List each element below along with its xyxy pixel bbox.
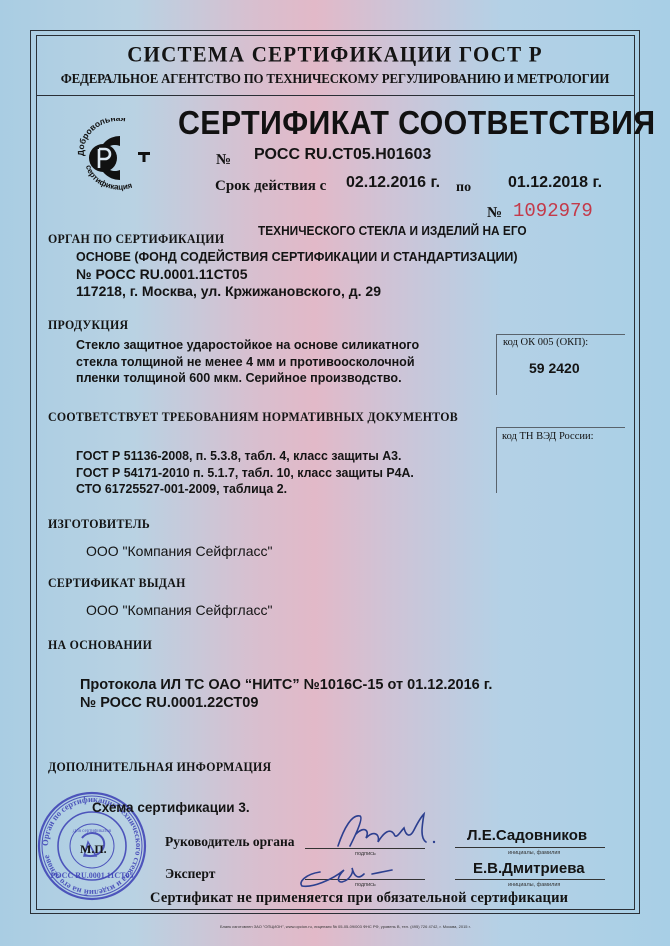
head-of-body-name: Л.Е.Садовников [467,827,587,844]
expert-name: Е.В.Дмитриева [473,860,585,877]
certification-scheme: Схема сертификации 3. [92,800,250,815]
certification-body-label: ОРГАН ПО СЕРТИФИКАЦИИ [48,232,224,247]
expert-signature-icon [292,856,422,890]
header-divider [36,95,634,96]
rst-logo-icon: Добровольная сертификация [76,118,160,194]
basis-label: НА ОСНОВАНИИ [48,638,152,653]
validity-label: Срок действия с [215,178,326,195]
basis-text: Протокола ИЛ ТС ОАО “НИТС” №1016С-15 от … [80,676,492,712]
head-name-caption: инициалы, фамилия [508,850,560,856]
certification-body-address: 117218, г. Москва, ул. Кржижановского, д… [76,283,518,300]
mandatory-certification-note: Сертификат не применяется при обязательн… [150,890,568,907]
certification-body-line2: ОСНОВЕ (ФОНД СОДЕЙСТВИЯ СЕРТИФИКАЦИИ И С… [76,249,518,266]
agency-name: ФЕДЕРАЛЬНОЕ АГЕНТСТВО ПО ТЕХНИЧЕСКОМУ РЕ… [60,72,610,88]
certification-body-details: ОСНОВЕ (ФОНД СОДЕЙСТВИЯ СЕРТИФИКАЦИИ И С… [76,249,518,300]
expert-name-caption: инициалы, фамилия [508,882,560,888]
valid-to-label: по [456,180,471,196]
tnved-code-label: код ТН ВЭД России: [502,431,594,442]
expert-label: Эксперт [165,866,215,882]
system-title: СИСТЕМА СЕРТИФИКАЦИИ ГОСТ Р [36,41,634,67]
printer-imprint: Бланк изготовлен ЗАО "ОПЦИОН", www.opcio… [220,924,471,929]
seal-place-label: М.П. [80,842,107,857]
valid-from-date: 02.12.2016 г. [346,174,440,192]
product-line: пленки толщиной 600 мкм. Серийное произв… [76,370,419,387]
svg-text:РОСС RU.0001.11СТ05: РОСС RU.0001.11СТ05 [51,871,134,880]
product-label: ПРОДУКЦИЯ [48,318,128,333]
manufacturer-value: ООО "Компания Сейфгласс" [86,543,272,559]
certification-body-line1: ТЕХНИЧЕСКОГО СТЕКЛА И ИЗДЕЛИЙ НА ЕГО [258,224,527,238]
head-name-line [455,847,605,848]
normative-document: СТО 61725527-001-2009, таблица 2. [76,481,414,498]
svg-text:Для сертификатов: Для сертификатов [73,829,112,834]
normative-documents: ГОСТ Р 51136-2008, п. 5.3.8, табл. 4, кл… [76,448,414,498]
normative-document: ГОСТ Р 54171-2010 п. 5.1.7, табл. 10, кл… [76,465,414,482]
certification-body-reg-number: № РОСС RU.0001.11СТ05 [76,266,518,283]
issued-to-value: ООО "Компания Сейфгласс" [86,602,272,618]
valid-to-date: 01.12.2018 г. [508,174,602,192]
certificate-number: РОСС RU.СТ05.Н01603 [254,146,431,164]
okp-code-value: 59 2420 [529,360,580,376]
conformity-label: СООТВЕТСТВУЕТ ТРЕБОВАНИЯМ НОРМАТИВНЫХ ДО… [48,410,458,425]
issued-to-label: СЕРТИФИКАТ ВЫДАН [48,576,186,591]
number-sign: № [216,152,231,169]
expert-name-line [455,879,605,880]
basis-protocol: Протокола ИЛ ТС ОАО “НИТС” №1016С-15 от … [80,676,492,694]
product-description: Стекло защитное ударостойкое на основе с… [76,337,419,387]
head-of-body-label: Руководитель органа [165,834,295,850]
product-line: Стекло защитное ударостойкое на основе с… [76,337,419,354]
blank-number-sign: № [487,205,502,222]
okp-code-label: код ОК 005 (ОКП): [503,337,588,348]
manufacturer-label: ИЗГОТОВИТЕЛЬ [48,517,150,532]
additional-info-label: ДОПОЛНИТЕЛЬНАЯ ИНФОРМАЦИЯ [48,760,271,775]
product-line: стекла толщиной не менее 4 мм и противоо… [76,354,419,371]
basis-reg-number: № РОСС RU.0001.22СТ09 [80,694,492,712]
normative-document: ГОСТ Р 51136-2008, п. 5.3.8, табл. 4, кл… [76,448,414,465]
certificate-title: СЕРТИФИКАТ СООТВЕТСТВИЯ [178,104,655,142]
head-signature-icon [330,808,440,852]
blank-serial-number: 1092979 [513,200,593,222]
